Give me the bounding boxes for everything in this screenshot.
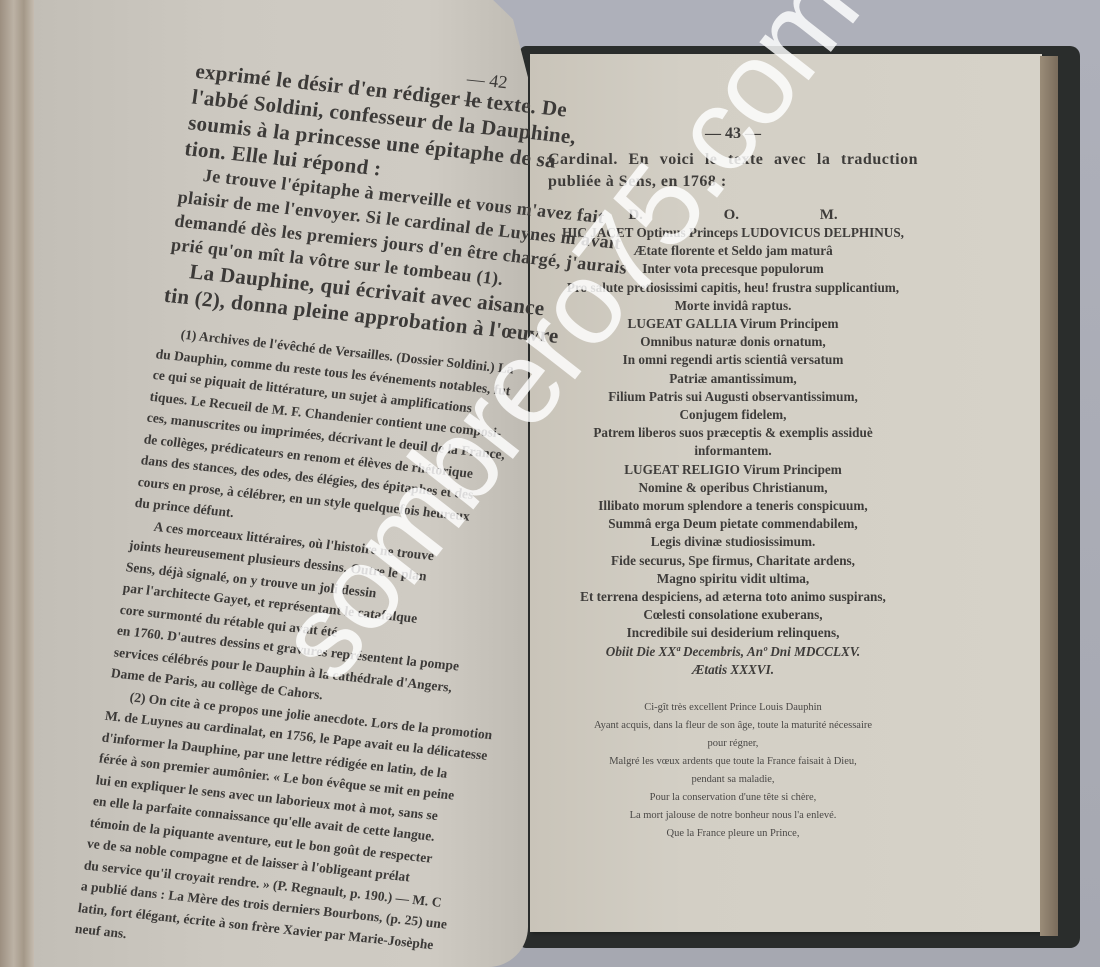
latin-line: Cœlesti consolatione exuberans, xyxy=(548,606,918,624)
page-number-42: — 42 — xyxy=(463,68,529,116)
intro-line: publiée à Sens, en 1768 : xyxy=(548,171,918,193)
latin-line: Magno spiritu vidit ultima, xyxy=(548,570,918,588)
french-line: Pour la conservation d'une tête si chère… xyxy=(548,789,918,807)
dom-letter: M. xyxy=(820,207,838,224)
french-translation: Ci-gît très excellent Prince Louis Dauph… xyxy=(548,699,918,843)
latin-line: Fide securus, Spe firmus, Charitate arde… xyxy=(548,552,918,570)
latin-line: Incredibile sui desiderium relinquens, xyxy=(548,624,918,642)
latin-line: Morte invidâ raptus. xyxy=(548,297,918,315)
latin-line: LUGEAT RELIGIO Virum Principem xyxy=(548,461,918,479)
right-page-text: — 43 — Cardinal. En voici le texte avec … xyxy=(548,125,918,843)
latin-line: Illibato morum splendore a teneris consp… xyxy=(548,497,918,515)
latin-line: Nomine & operibus Christianum, xyxy=(548,479,918,497)
latin-line: Inter vota precesque populorum xyxy=(548,260,918,278)
latin-line: Summâ erga Deum pietate commendabilem, xyxy=(548,515,918,533)
latin-date-line: Obiit Die XXª Decembris, Anº Dni MDCCLXV… xyxy=(548,643,918,661)
french-line: Malgré les vœux ardents que toute la Fra… xyxy=(548,753,918,771)
latin-epitaph: HIC JACET Optimus Princeps LUDOVICUS DEL… xyxy=(548,224,918,679)
latin-line: Ætate florente et Seldo jam maturâ xyxy=(548,242,918,260)
french-line: pour régner, xyxy=(548,735,918,753)
page-block-edge xyxy=(1040,56,1058,936)
latin-line: Filium Patris sui Augusti observantissim… xyxy=(548,388,918,406)
latin-line: Et terrena despiciens, ad æterna toto an… xyxy=(548,588,918,606)
intro-line: Cardinal. En voici le texte avec la trad… xyxy=(548,149,918,171)
latin-line: Patriæ amantissimum, xyxy=(548,370,918,388)
french-line: Ci-gît très excellent Prince Louis Dauph… xyxy=(548,699,918,717)
latin-line: Pro salute pretiosissimi capitis, heu! f… xyxy=(548,279,918,297)
french-line: La mort jalouse de notre bonheur nous l'… xyxy=(548,807,918,825)
latin-line: Omnibus naturæ donis ornatum, xyxy=(548,333,918,351)
latin-line: LUGEAT GALLIA Virum Principem xyxy=(548,315,918,333)
latin-line: In omni regendi artis scientiâ versatum xyxy=(548,351,918,369)
dom-letter: O. xyxy=(724,207,739,224)
dom-heading: D. O. M. xyxy=(588,207,878,224)
latin-date-line: Ætatis XXXVI. xyxy=(548,661,918,679)
french-line: Ayant acquis, dans la fleur de son âge, … xyxy=(548,717,918,735)
dom-letter: D. xyxy=(628,207,643,224)
latin-line: HIC JACET Optimus Princeps LUDOVICUS DEL… xyxy=(548,224,918,242)
latin-line: Patrem liberos suos præceptis & exemplis… xyxy=(548,424,918,442)
latin-line: informantem. xyxy=(548,442,918,460)
latin-line: Legis divinæ studiosissimum. xyxy=(548,533,918,551)
left-page-stack-edge xyxy=(0,0,34,967)
french-line: Que la France pleure un Prince, xyxy=(548,825,918,843)
page-number-43: — 43 — xyxy=(548,125,918,143)
french-line: pendant sa maladie, xyxy=(548,771,918,789)
latin-line: Conjugem fidelem, xyxy=(548,406,918,424)
